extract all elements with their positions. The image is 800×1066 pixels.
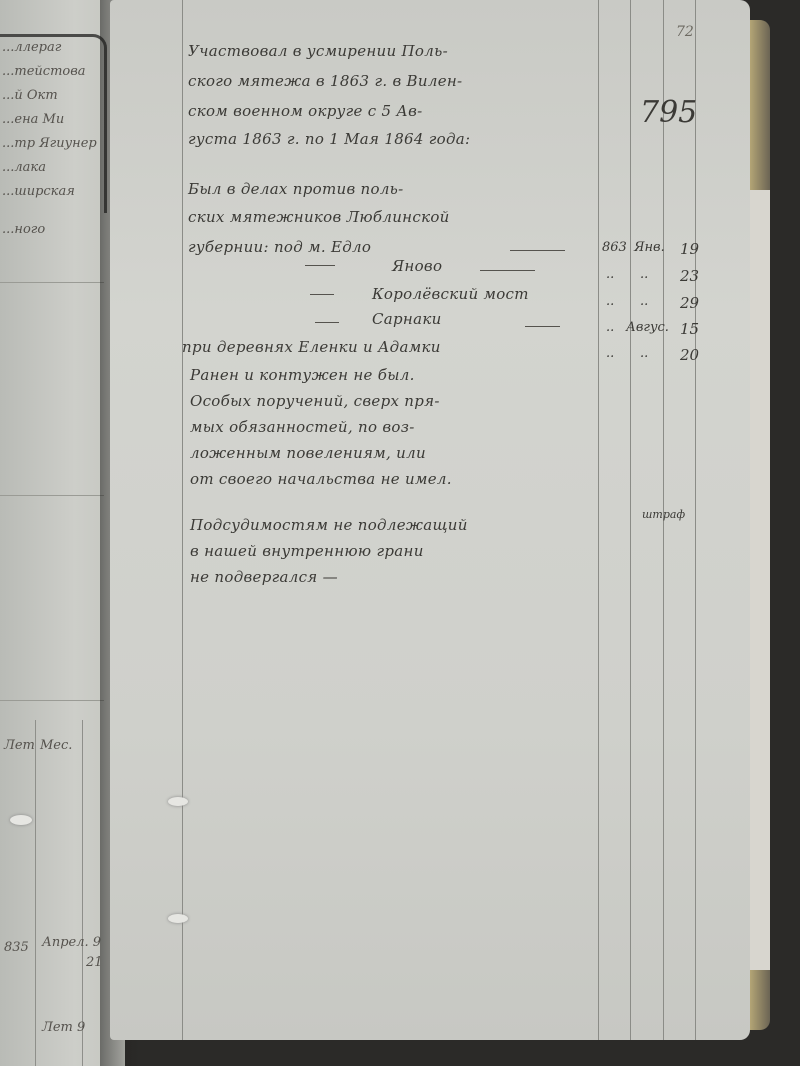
entry-3-line: ложенным повелениям, или: [190, 444, 426, 462]
entry-2-line: при деревнях Еленки и Адамки: [182, 338, 441, 356]
left-divider: [0, 495, 104, 496]
date-month: Янв.: [634, 240, 665, 255]
folio-number: 795: [640, 95, 697, 130]
left-fragment: ...лака: [2, 160, 46, 175]
date-day: 23: [680, 267, 699, 285]
left-table-cell: Апрел. 9: [42, 935, 101, 950]
column-rule: [598, 0, 599, 1040]
entry-4-line: в нашей внутреннюю грани: [190, 542, 424, 560]
date-month: Авгус.: [626, 320, 669, 335]
column-rule: [695, 0, 696, 1040]
paper-hole: [168, 914, 188, 923]
left-table-header: Мес.: [40, 738, 72, 753]
date-year: ..: [606, 294, 614, 309]
ditto-dash: [525, 326, 560, 327]
date-day: 19: [680, 240, 699, 258]
column-rule: [630, 0, 631, 1040]
date-year: ..: [606, 320, 614, 335]
ditto-dash: [480, 270, 535, 271]
margin-rule: [182, 0, 183, 1040]
ditto-dash: [315, 322, 339, 323]
left-table-header: Лет: [4, 738, 35, 753]
left-divider: [0, 700, 104, 701]
left-fragment: ...ного: [2, 222, 45, 237]
paper-hole: [10, 815, 32, 825]
entry-4-line: не подвергался —: [190, 568, 338, 586]
corner-page-number: 72: [676, 24, 694, 40]
date-month: ..: [640, 346, 648, 361]
entry-2-line: ских мятежников Люблинской: [188, 208, 450, 226]
entry-3-line: Особых поручений, сверх пря-: [190, 392, 440, 410]
entry-2-line: Сарнаки: [372, 310, 442, 328]
date-year: 863: [602, 240, 627, 255]
entry-3-line: мых обязанностей, по воз-: [190, 418, 415, 436]
date-day: 15: [680, 320, 699, 338]
ditto-dash: [510, 250, 565, 251]
entry-2-line: губернии: под м. Едло: [188, 238, 371, 256]
left-fragment: ...ширская: [2, 184, 75, 199]
date-day: 20: [680, 346, 699, 364]
left-table-cell: 835: [4, 940, 29, 955]
entry-2-line: Королёвский мост: [372, 285, 529, 303]
ditto-dash: [310, 294, 334, 295]
date-day: 29: [680, 294, 699, 312]
left-fragment: ...ллераг: [2, 40, 61, 55]
entry-1-line: Участвовал в усмирении Поль-: [188, 42, 448, 60]
side-note: штраф: [642, 508, 685, 521]
right-page: 72 795 Участвовал в усмирении Поль- ског…: [110, 0, 750, 1040]
loose-sheet-edge: [748, 190, 770, 970]
entry-2-line: Яново: [392, 257, 442, 275]
entry-1-line: ском военном округе с 5 Ав-: [188, 102, 422, 120]
left-divider: [0, 282, 104, 283]
left-table-cell: Лет 9: [42, 1020, 85, 1035]
left-fragment: ...тр Ягиунер: [2, 136, 97, 151]
left-table-rule: [35, 720, 36, 1066]
left-table-rule: [82, 720, 83, 1066]
entry-1-line: густа 1863 г. по 1 Мая 1864 года:: [188, 130, 470, 148]
entry-1-line: ского мятежа в 1863 г. в Вилен-: [188, 72, 462, 90]
date-month: ..: [640, 294, 648, 309]
date-year: ..: [606, 346, 614, 361]
date-year: ..: [606, 267, 614, 282]
paper-hole: [168, 797, 188, 806]
entry-2-line: Был в делах против поль-: [188, 180, 404, 198]
entry-3-line: Ранен и контужен не был.: [190, 366, 415, 384]
left-fragment: ...ена Ми: [2, 112, 64, 127]
entry-4-line: Подсудимостям не подлежащий: [190, 516, 468, 534]
left-fragment: ...й Окт: [2, 88, 58, 103]
left-fragment: ...тейстова: [2, 64, 86, 79]
entry-3-line: от своего начальства не имел.: [190, 470, 452, 488]
date-month: ..: [640, 267, 648, 282]
ditto-dash: [305, 265, 335, 266]
